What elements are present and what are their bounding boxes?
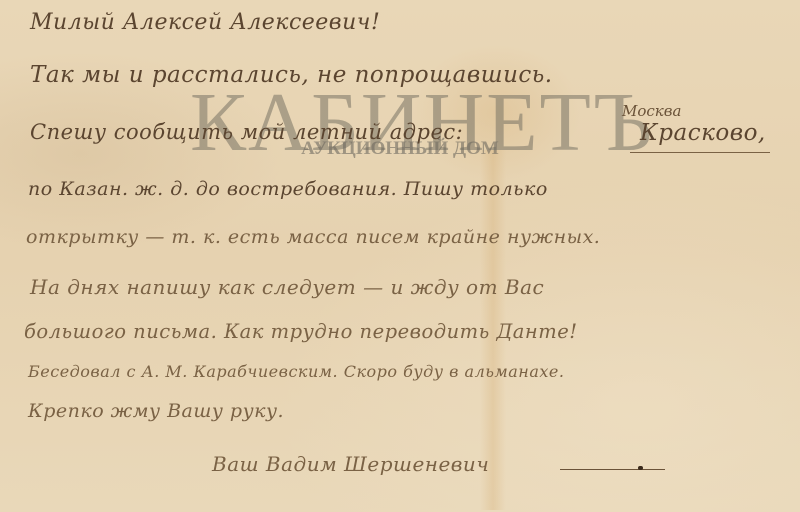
address-note-city: Москва (622, 102, 681, 120)
address-underline (630, 152, 770, 153)
signature-ink-dot (638, 466, 643, 470)
letter-line-1: Так мы и расстались, не попрощавшись. (30, 62, 553, 88)
letter-line-5: На днях напишу как следует — и жду от Ва… (30, 275, 544, 299)
letter-line-4: открытку — т. к. есть масса писем крайне… (26, 226, 600, 248)
letter-closing-signature: Ваш Вадим Шершеневич (212, 452, 489, 476)
letter-line-6: большого письма. Как трудно переводить Д… (24, 320, 578, 343)
signature-flourish (560, 469, 665, 470)
letter-salutation: Милый Алексей Алексеевич! (30, 10, 380, 35)
address-place: Красково, (640, 120, 766, 146)
letter-line-3: по Казан. ж. д. до востребования. Пишу т… (28, 178, 548, 200)
letter-line-2: Спешу сообщить мой летний адрес: (30, 120, 463, 144)
letter-line-7: Беседовал с А. М. Карабчиевским. Скоро б… (28, 362, 564, 381)
letter-line-8: Крепко жму Вашу руку. (28, 400, 284, 422)
